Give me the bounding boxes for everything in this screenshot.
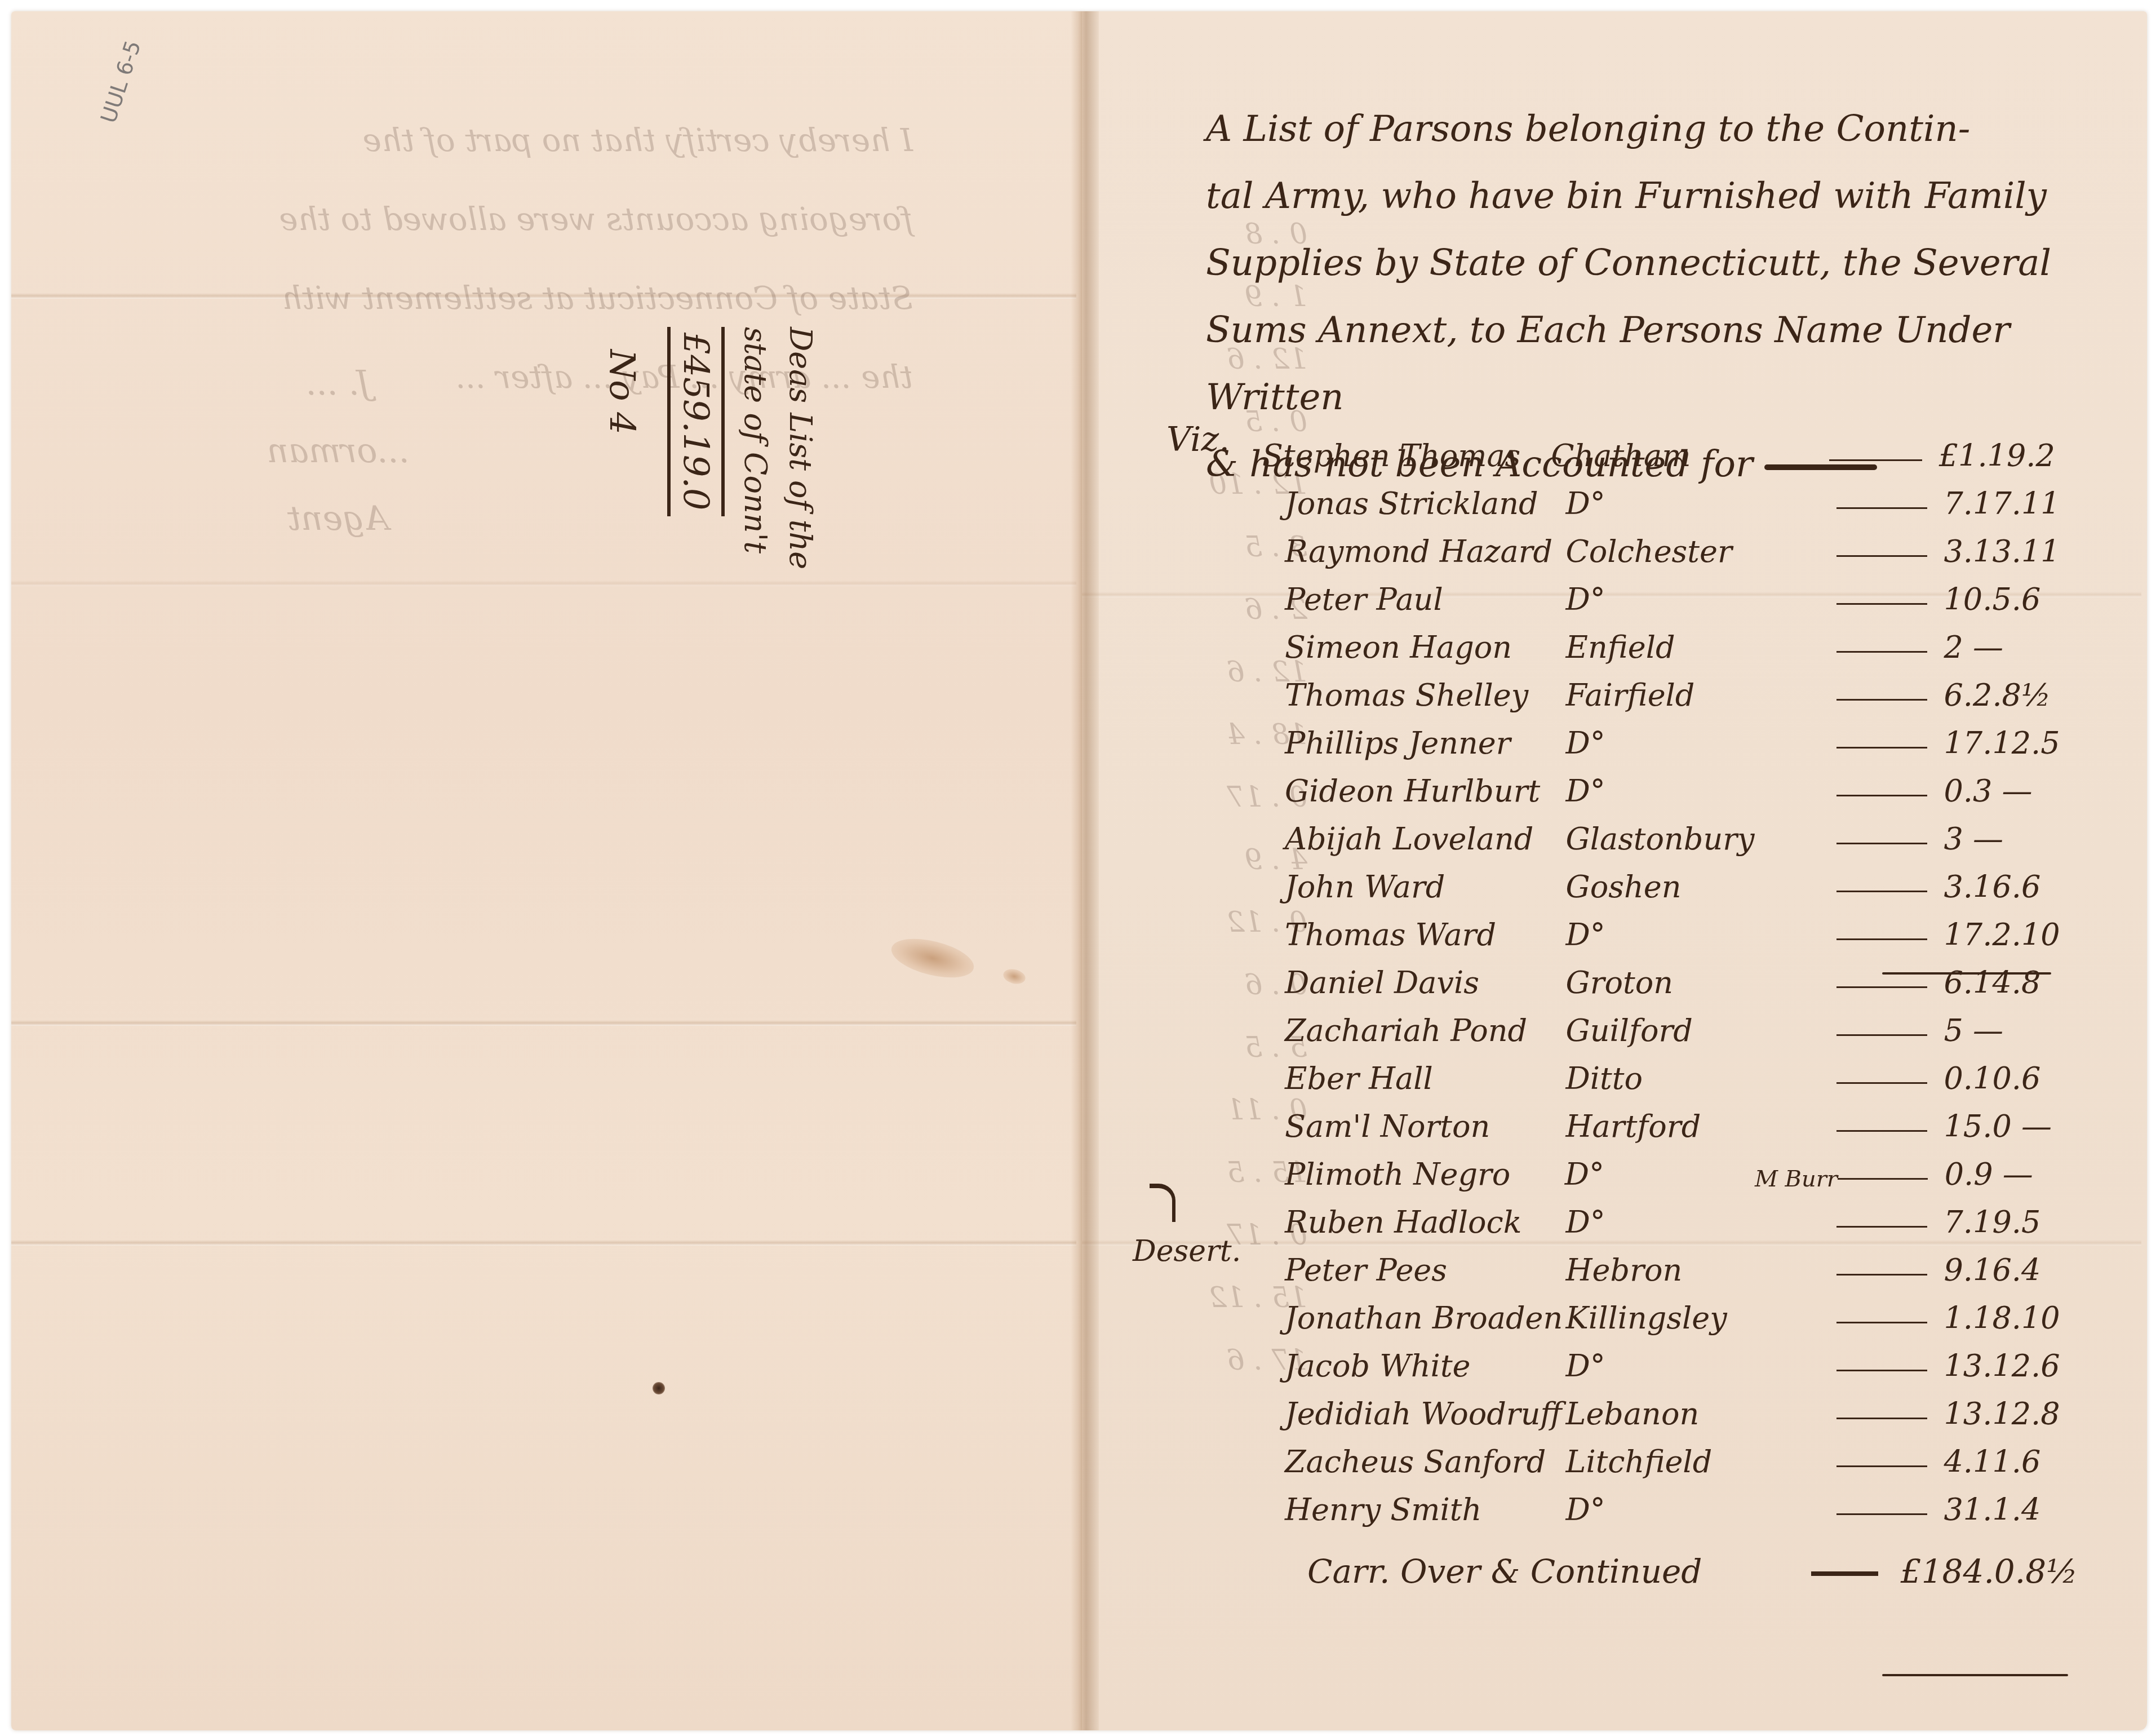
ink-blot [653,1382,665,1394]
town: D° [1566,725,1756,761]
document-spread: UUL 6-5 I hereby certify that no part of… [11,11,2147,1730]
town: Killingsley [1566,1300,1756,1336]
leader-line [1836,1274,1927,1276]
person-name: Daniel Davis [1195,965,1566,1000]
town: D° [1566,1492,1756,1527]
person-name: Phillips Jenner [1195,725,1566,761]
amount: 3.13.11 [1944,534,2124,569]
town: D° [1566,917,1756,953]
leader-line [1836,699,1927,701]
person-name: Peter Paul [1195,582,1566,617]
town: D° [1565,1157,1755,1192]
docket-line: state of Conn't [733,327,778,643]
person-name: Raymond Hazard [1195,534,1566,569]
ledger-row: Raymond HazardColchester3.13.11 [1195,521,2124,569]
town: Groton [1566,965,1756,1000]
amount: 17.2.10 [1944,917,2124,953]
heading-line: A List of Parsons belonging to the Conti… [1206,96,2119,163]
person-name: Thomas Ward [1195,917,1566,953]
fold-line [11,1240,1076,1246]
ledger-row: Sam'l NortonHartford15.0 — [1195,1096,2124,1144]
person-name: Jonas Strickland [1195,486,1566,521]
bracket-mark [1150,1184,1175,1222]
town: D° [1566,773,1756,809]
fold-line [11,1020,1076,1026]
person-name: Plimoth Negro [1195,1157,1565,1192]
leader-line [1836,1418,1927,1419]
leader-line [1836,1322,1927,1323]
amount: 6.14.8 [1944,965,2124,1000]
ledger-row: Stephen ThomasChatham£1.19.2 [1195,426,2124,473]
subtotal-rule [1882,1674,2068,1676]
heading-line: Sums Annext, to Each Persons Name Under … [1206,297,2119,431]
amount: 0.10.6 [1944,1061,2124,1096]
person-name: Jacob White [1195,1348,1566,1384]
town: D° [1566,1348,1756,1384]
person-name: Jonathan Broaden [1195,1300,1566,1336]
subtotal-rule [1882,972,2051,975]
person-name: Simeon Hagon [1195,630,1566,665]
ledger-row: Zachariah PondGuilford5 — [1195,1000,2124,1048]
person-name: Henry Smith [1195,1492,1566,1527]
amount: 4.11.6 [1944,1444,2124,1480]
water-stain [888,932,978,985]
town: Colchester [1566,534,1756,569]
ledger-row: Jacob WhiteD°13.12.6 [1195,1336,2124,1384]
bleed-through-line: State of Connecticut at settlement with [113,259,913,338]
ledger-row: Peter PaulD°10.5.6 [1195,569,2124,617]
town: D° [1566,582,1756,617]
ledger-row: Abijah LovelandGlastonbury3 — [1195,809,2124,857]
leader-line [1836,795,1927,796]
amount: £1.19.2 [1939,438,2124,473]
amount: 3.16.6 [1944,869,2124,905]
leader-line [1836,891,1927,892]
person-name: Zacheus Sanford [1195,1444,1566,1480]
person-name: Eber Hall [1195,1061,1566,1096]
ledger-row: Thomas WardD°17.2.10 [1195,905,2124,953]
amount: 0.9 — [1945,1157,2124,1192]
person-name: Thomas Shelley [1195,677,1566,713]
carried-over-label: Carr. Over & Continued [1195,1552,1811,1591]
leader-line [1836,1082,1927,1084]
ledger-row: Jonas StricklandD°7.17.11 [1195,473,2124,521]
heading-line: tal Army, who have bin Furnished with Fa… [1206,163,2119,230]
leader-line [1829,459,1922,461]
fold-line [11,581,1076,586]
ledger-row: Zacheus SanfordLitchfield4.11.6 [1195,1432,2124,1480]
amount: 7.17.11 [1944,486,2124,521]
water-stain [1002,967,1027,986]
leader-line [1836,1370,1927,1371]
leader-line [1836,603,1927,605]
ledger-row: Phillips JennerD°17.12.5 [1195,713,2124,761]
town: Litchfield [1566,1444,1756,1480]
ledger-row: Simeon HagonEnfield2 — [1195,617,2124,665]
person-name: Gideon Hurlburt [1195,773,1566,809]
ledger-row: Henry SmithD°31.1.4 [1195,1480,2124,1527]
amount: 5 — [1944,1013,2124,1048]
bleed-through-line: I hereby certify that no part of the [113,101,913,180]
amount: 15.0 — [1944,1109,2124,1144]
ledger-row: Eber HallDitto0.10.6 [1195,1048,2124,1096]
leader-line [1836,507,1927,509]
person-name: Sam'l Norton [1195,1109,1566,1144]
amount: 0.3 — [1944,773,2124,809]
docket: Deas List of the state of Conn't £459.19… [594,327,823,643]
bleed-signature-line: Agent [197,485,479,552]
town: D° [1566,486,1756,521]
leader-line [1836,1465,1927,1467]
ledger-row: Ruben HadlockD°7.19.5 [1195,1192,2124,1240]
heading-line: Supplies by State of Connecticutt, the S… [1206,230,2119,297]
town: Chatham [1551,438,1747,473]
leader-line [1811,1571,1878,1576]
ledger-row: Daniel DavisGroton6.14.8 [1195,953,2124,1000]
leader-line [1836,1226,1927,1228]
ledger-row: Peter PeesHebron9.16.4 [1195,1240,2124,1288]
town: Hebron [1566,1252,1756,1288]
leader-line [1836,651,1927,653]
bleed-through-line: foregoing accounts were allowed to the [113,180,913,259]
ledger-row: Gideon HurlburtD°0.3 — [1195,761,2124,809]
note: M Burr [1755,1166,1838,1192]
town: Hartford [1566,1109,1756,1144]
town: Lebanon [1566,1396,1756,1432]
person-name: John Ward [1195,869,1566,905]
ledger-row: Jonathan BroadenKillingsley1.18.10 [1195,1288,2124,1336]
amount: 13.12.8 [1944,1396,2124,1432]
person-name: Peter Pees [1195,1252,1566,1288]
ledger-row: Thomas ShelleyFairfield6.2.8½ [1195,665,2124,713]
amount: 9.16.4 [1944,1252,2124,1288]
docket-amount: £459.19.0 [667,327,725,516]
left-page: UUL 6-5 I hereby certify that no part of… [11,11,1082,1730]
ledger-row: John WardGoshen3.16.6 [1195,857,2124,905]
leader-line [1836,1034,1927,1036]
ledger-total-row: Carr. Over & Continued £184.0.8½ [1195,1534,2124,1591]
page-gutter [1071,11,1099,1730]
amount: 2 — [1944,630,2124,665]
ledger-row: Jedidiah WoodruffLebanon13.12.8 [1195,1384,2124,1432]
person-name: Zachariah Pond [1195,1013,1566,1048]
leader-line [1836,843,1927,844]
leader-line [1836,1130,1927,1132]
amount: 31.1.4 [1944,1492,2124,1527]
amount: 10.5.6 [1944,582,2124,617]
person-name: Jedidiah Woodruff [1195,1396,1566,1432]
town: Enfield [1566,630,1756,665]
town: Fairfield [1566,677,1756,713]
town: Ditto [1566,1061,1756,1096]
town: Glastonbury [1566,821,1756,857]
bleed-signature-line: J. ... [197,349,479,417]
amount: 7.19.5 [1944,1204,2124,1240]
leader-line [1838,1178,1928,1180]
town: Guilford [1566,1013,1756,1048]
leader-line [1836,555,1927,557]
amount: 3 — [1944,821,2124,857]
docket-line: Deas List of the [778,327,823,643]
amount: 1.18.10 [1944,1300,2124,1336]
ledger-row: Plimoth NegroD°M Burr0.9 — [1195,1144,2124,1192]
town: D° [1566,1204,1756,1240]
bleed-through-signature: J. ... ...orman Agent [197,349,479,552]
docket-number: No 4 [594,327,650,643]
person-name: Stephen Thomas [1195,438,1551,473]
leader-line [1836,747,1927,749]
leader-line [1836,986,1927,988]
total-amount: £184.0.8½ [1901,1552,2124,1591]
town: Goshen [1566,869,1756,905]
amount: 6.2.8½ [1944,677,2124,713]
amount: 13.12.6 [1944,1348,2124,1384]
amount: 17.12.5 [1944,725,2124,761]
person-name: Abijah Loveland [1195,821,1566,857]
person-name: Ruben Hadlock [1195,1204,1566,1240]
ledger: Viz. Stephen ThomasChatham£1.19.2 Jonas … [1195,426,2124,1591]
leader-line [1836,1513,1927,1515]
leader-line [1836,938,1927,940]
bleed-signature-line: ...orman [197,417,479,485]
